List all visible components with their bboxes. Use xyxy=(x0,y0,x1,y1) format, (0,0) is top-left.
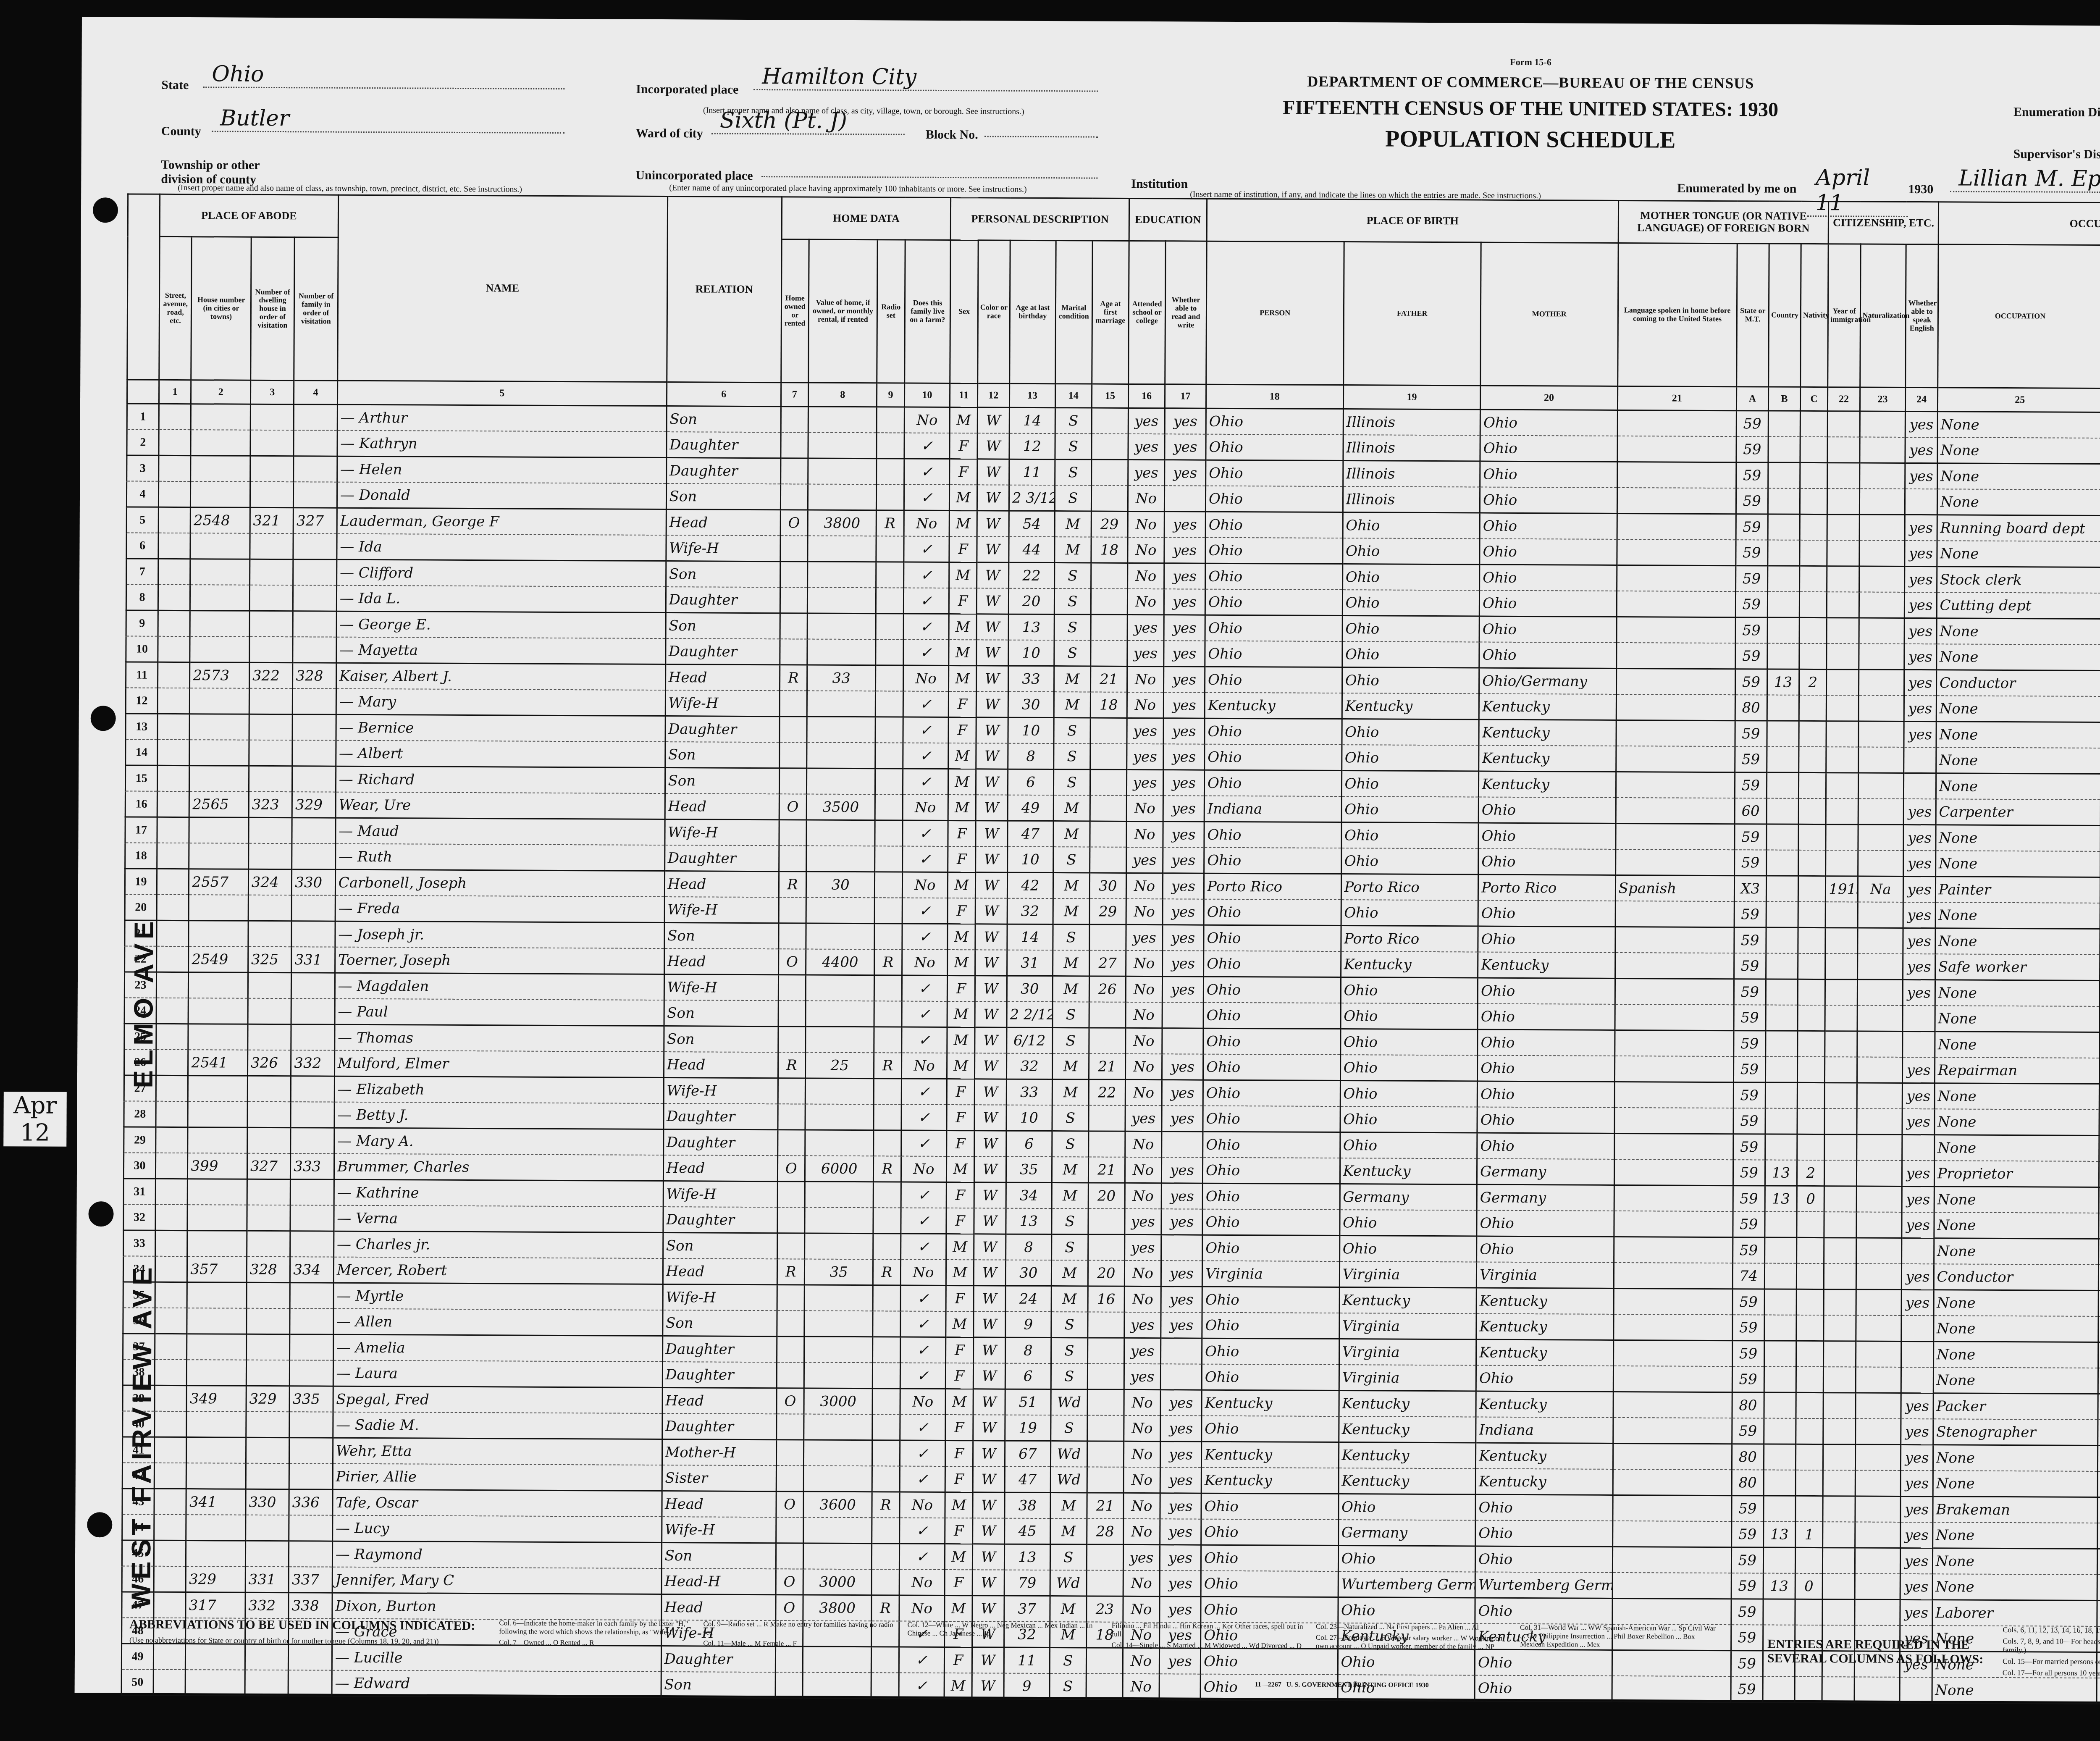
cell-industry xyxy=(2097,1523,2100,1549)
cell-birth-person: Ohio xyxy=(1202,1338,1339,1365)
column-label: Whether able to speak English xyxy=(1906,244,1938,387)
cell-naturalization xyxy=(1856,1212,1902,1238)
cell-relation: Son xyxy=(666,561,780,588)
cell-immigration xyxy=(1826,902,1858,928)
cell-radio xyxy=(874,1130,901,1156)
column-number: 6 xyxy=(667,382,781,407)
cell-name: — Raymond xyxy=(332,1541,661,1568)
cell-owned xyxy=(781,407,808,433)
cell-school: yes xyxy=(1125,1106,1162,1132)
cell-street xyxy=(155,1205,187,1231)
cell-industry xyxy=(2097,1445,2100,1472)
cell-radio xyxy=(873,1337,900,1363)
cell-read: yes xyxy=(1160,1442,1201,1468)
cell-street xyxy=(156,972,188,998)
cell-birth-father: Virginia xyxy=(1339,1313,1476,1339)
cell-radio xyxy=(877,484,904,510)
cell-dwelling xyxy=(247,1127,291,1153)
cell-line: 9 xyxy=(126,610,158,636)
cell-occupation: None xyxy=(1937,437,2100,464)
cell-race: W xyxy=(972,1544,1004,1570)
ward-value: Sixth (Pt. J) xyxy=(711,108,905,135)
cell-code-b xyxy=(1767,592,1799,618)
cell-language xyxy=(1614,1211,1733,1237)
cell-code-b: 13 xyxy=(1767,669,1799,695)
cell-naturalization xyxy=(1856,1134,1902,1161)
cell-code-c xyxy=(1796,1341,1824,1367)
cell-code-c xyxy=(1800,514,1827,540)
cell-family xyxy=(293,688,336,714)
cell-school: yes xyxy=(1127,614,1164,641)
cell-birth-mother: Ohio xyxy=(1479,642,1617,669)
cell-code-c xyxy=(1799,617,1827,643)
cell-family xyxy=(293,637,336,663)
cell-code-c xyxy=(1798,1031,1825,1057)
cell-birth-mother: Virginia xyxy=(1476,1262,1614,1289)
cell-value xyxy=(805,1182,874,1208)
cell-birth-father: Ohio xyxy=(1341,796,1479,823)
cell-house: 341 xyxy=(186,1489,246,1515)
cell-birth-father: Ohio xyxy=(1342,564,1480,591)
cell-school: yes xyxy=(1127,641,1164,667)
column-number: 12 xyxy=(977,383,1009,407)
cell-english: yes xyxy=(1900,1496,1932,1522)
cell-name: — Kathrine xyxy=(334,1179,663,1207)
cell-industry: Railway xyxy=(2097,1497,2100,1523)
cell-sex: F xyxy=(947,1079,975,1105)
cell-age-marriage xyxy=(1090,821,1126,847)
cell-immigration xyxy=(1824,1315,1856,1341)
cell-street xyxy=(155,1230,187,1256)
group-place-of-abode: PLACE OF ABODE xyxy=(160,194,338,237)
column-label: OCCUPATION xyxy=(1937,244,2100,389)
cell-naturalization xyxy=(1855,1548,1900,1574)
cell-house xyxy=(190,636,249,662)
cell-language xyxy=(1613,1469,1732,1496)
cell-marital: S xyxy=(1054,614,1091,641)
cell-owned: O xyxy=(776,1492,804,1518)
cell-english: yes xyxy=(1903,825,1935,851)
cell-language xyxy=(1614,1263,1732,1289)
cell-birth-person: Ohio xyxy=(1203,1003,1341,1029)
cell-age: 8 xyxy=(1006,1234,1052,1260)
cell-birth-mother: Ohio xyxy=(1476,1365,1613,1392)
cell-dwelling: 331 xyxy=(245,1567,289,1593)
cell-school: No xyxy=(1123,1570,1160,1597)
column-number: 15 xyxy=(1092,384,1128,408)
cell-dwelling xyxy=(249,843,292,869)
punch-hole-icon xyxy=(93,197,118,223)
cell-english: yes xyxy=(1904,618,1936,644)
supervisor-district-label: Supervisor's District No. xyxy=(2013,147,2100,162)
cell-value xyxy=(806,898,875,924)
cell-naturalization xyxy=(1858,798,1904,825)
cell-marital: S xyxy=(1055,433,1092,460)
cell-house xyxy=(187,1205,247,1231)
cell-school: No xyxy=(1125,1131,1162,1157)
cell-marital: M xyxy=(1050,1518,1087,1544)
cell-code-a: 59 xyxy=(1732,1289,1764,1315)
cell-owned xyxy=(779,820,807,846)
cell-dwelling xyxy=(249,611,293,637)
cell-owned xyxy=(780,587,808,613)
cell-school: yes xyxy=(1124,1338,1160,1364)
cell-code-c xyxy=(1795,1547,1823,1573)
cell-immigration xyxy=(1827,488,1859,515)
cell-radio xyxy=(877,433,904,459)
cell-street xyxy=(158,610,190,636)
cell-age: 35 xyxy=(1006,1157,1052,1183)
cell-code-a: 59 xyxy=(1733,1056,1765,1082)
cell-birth-person: Ohio xyxy=(1201,1493,1339,1520)
cell-radio xyxy=(873,1234,901,1260)
entries-rules: Cols. 6, 11, 12, 13, 14, 16, 18, 19, 20,… xyxy=(2003,1625,2100,1679)
cell-age-marriage: 29 xyxy=(1091,511,1128,537)
cell-dwelling xyxy=(247,1282,290,1308)
cell-house xyxy=(189,817,249,843)
cell-street xyxy=(159,404,191,430)
cell-language xyxy=(1614,1108,1733,1134)
cell-language xyxy=(1617,410,1736,436)
cell-language xyxy=(1614,1237,1732,1263)
cell-birth-father: Virginia xyxy=(1339,1339,1476,1365)
cell-occupation: None xyxy=(1936,773,2100,800)
cell-birth-father: Kentucky xyxy=(1339,1391,1476,1417)
cell-sex: F xyxy=(946,1337,974,1363)
cell-occupation: None xyxy=(1934,1238,2098,1265)
cell-value: 3500 xyxy=(806,794,875,820)
cell-code-a: 59 xyxy=(1732,1418,1764,1444)
column-number: 16 xyxy=(1128,384,1165,408)
cell-family: 331 xyxy=(291,947,335,973)
cell-house xyxy=(189,972,248,998)
cell-read: yes xyxy=(1160,1415,1202,1442)
cell-house xyxy=(187,1231,247,1257)
cell-race: W xyxy=(974,1311,1005,1337)
cell-street xyxy=(156,1024,188,1050)
cell-birth-mother: Ohio xyxy=(1480,436,1617,462)
cell-radio xyxy=(874,924,902,950)
cell-birth-father: Ohio xyxy=(1342,667,1479,694)
cell-birth-person: Ohio xyxy=(1205,641,1342,667)
cell-value xyxy=(807,639,876,665)
cell-code-c xyxy=(1795,1496,1823,1522)
abbreviations-block: ABBREVIATIONS TO BE USED IN COLUMNS INDI… xyxy=(129,1618,549,1646)
cell-sex: F xyxy=(949,536,977,562)
cell-birth-person: Ohio xyxy=(1202,1209,1340,1236)
cell-race: W xyxy=(976,743,1008,769)
column-label: State or M.T. xyxy=(1736,244,1769,387)
cell-immigration xyxy=(1823,1548,1855,1574)
cell-family xyxy=(290,1205,334,1231)
column-label: Street, avenue, road, etc. xyxy=(159,236,192,380)
cell-relation: Head xyxy=(664,948,778,975)
cell-relation: Daughter xyxy=(664,845,779,872)
cell-read: yes xyxy=(1161,1183,1202,1209)
cell-age-marriage xyxy=(1089,924,1126,951)
cell-age-marriage xyxy=(1091,460,1128,486)
cell-radio xyxy=(875,846,903,872)
cell-age-marriage: 16 xyxy=(1088,1286,1124,1312)
cell-english xyxy=(1904,773,1936,799)
cell-immigration xyxy=(1828,411,1860,437)
cell-english: yes xyxy=(1903,851,1935,877)
cell-marital: Wd xyxy=(1050,1467,1087,1493)
cell-house xyxy=(186,1541,246,1567)
cell-radio xyxy=(874,1104,901,1130)
cell-read: yes xyxy=(1160,1467,1201,1493)
cell-dwelling xyxy=(249,688,293,714)
cell-birth-mother: Ohio xyxy=(1478,797,1616,824)
cell-marital: Wd xyxy=(1051,1389,1087,1415)
cell-code-c xyxy=(1796,1418,1824,1444)
state-label: State xyxy=(161,78,189,92)
cell-age-marriage: 21 xyxy=(1090,666,1127,692)
cell-relation: Head xyxy=(665,664,780,691)
column-label: FATHER xyxy=(1343,242,1481,386)
cell-house xyxy=(189,921,248,947)
cell-owned xyxy=(777,1310,804,1337)
cell-school: yes xyxy=(1128,408,1165,434)
cell-age: 11 xyxy=(1009,459,1055,485)
cell-family xyxy=(290,1231,334,1257)
cell-dwelling xyxy=(247,1231,290,1257)
cell-house: 399 xyxy=(188,1153,247,1179)
cell-read: yes xyxy=(1163,692,1205,718)
cell-race: W xyxy=(976,691,1008,717)
cell-birth-father: Ohio xyxy=(1338,1546,1475,1572)
cell-age-marriage xyxy=(1090,795,1126,821)
cell-school: yes xyxy=(1124,1312,1161,1338)
cell-school: No xyxy=(1125,1054,1162,1080)
column-number: 17 xyxy=(1165,384,1206,408)
cell-birth-father: Illinois xyxy=(1343,461,1480,487)
cell-birth-mother: Kentucky xyxy=(1476,1288,1614,1314)
entry-rule: Cols. 6, 11, 12, 13, 14, 16, 18, 19, 20,… xyxy=(2003,1625,2100,1636)
cell-street xyxy=(155,1179,187,1205)
cell-house xyxy=(189,714,249,740)
cell-sex: F xyxy=(950,433,977,459)
cell-language xyxy=(1613,1366,1732,1392)
cell-code-c xyxy=(1797,1082,1825,1108)
cell-code-a: 59 xyxy=(1733,1108,1765,1134)
cell-name: Kaiser, Albert J. xyxy=(336,663,665,690)
cell-school: No xyxy=(1128,563,1164,589)
cell-language xyxy=(1616,823,1735,850)
cell-name: — Ida L. xyxy=(336,586,666,613)
cell-name: Carbonell, Joseph xyxy=(335,869,664,897)
cell-birth-mother: Ohio/Germany xyxy=(1479,668,1617,694)
cell-code-a: 80 xyxy=(1732,1444,1764,1470)
cell-english: yes xyxy=(1903,1083,1935,1109)
cell-house xyxy=(186,1437,246,1463)
cell-farm: No xyxy=(899,1492,945,1518)
cell-code-b xyxy=(1768,462,1800,488)
cell-radio xyxy=(875,769,903,795)
cell-dwelling: 330 xyxy=(246,1489,289,1515)
cell-age-marriage xyxy=(1087,1415,1124,1441)
cell-read: yes xyxy=(1162,977,1203,1003)
cell-birth-person: Ohio xyxy=(1205,744,1342,771)
cell-sex: M xyxy=(950,407,978,433)
column-number: 4 xyxy=(294,381,338,404)
cell-dwelling xyxy=(249,766,292,792)
cell-birth-person: Kentucky xyxy=(1202,1390,1339,1416)
cell-code-b: 13 xyxy=(1765,1160,1797,1186)
cell-relation: Head xyxy=(664,1052,778,1078)
cell-code-c xyxy=(1800,437,1828,463)
cell-occupation: None xyxy=(1932,1574,2097,1600)
cell-house xyxy=(187,1334,247,1360)
cell-relation: Daughter xyxy=(666,458,780,484)
cell-street xyxy=(154,1540,186,1566)
cell-birth-person: Ohio xyxy=(1204,925,1341,951)
cell-language xyxy=(1617,488,1736,514)
cell-language xyxy=(1614,1133,1733,1160)
cell-dwelling xyxy=(247,1076,291,1102)
cell-family xyxy=(294,430,337,456)
cell-code-a: 59 xyxy=(1734,953,1766,979)
cell-dwelling xyxy=(249,559,293,585)
cell-code-b xyxy=(1765,1212,1797,1238)
cell-street xyxy=(158,533,190,559)
cell-code-a: 59 xyxy=(1736,411,1768,437)
cell-read: yes xyxy=(1163,770,1204,796)
cell-birth-mother: Ohio xyxy=(1478,849,1616,875)
cell-school: yes xyxy=(1128,460,1165,486)
cell-value xyxy=(803,1518,872,1544)
cell-relation: Wife-H xyxy=(664,897,779,923)
unincorporated-value xyxy=(761,154,1097,179)
cell-birth-person: Ohio xyxy=(1202,1313,1339,1339)
cell-birth-person: Ohio xyxy=(1204,951,1341,977)
cell-english xyxy=(1902,1238,1934,1264)
cell-immigration xyxy=(1827,643,1858,670)
cell-relation: Head xyxy=(663,1258,777,1285)
cell-code-b xyxy=(1764,1289,1796,1315)
cell-immigration xyxy=(1827,463,1859,489)
cell-birth-father: Ohio xyxy=(1341,1003,1478,1029)
cell-farm: ✓ xyxy=(904,459,950,485)
form-footer: ABBREVIATIONS TO BE USED IN COLUMNS INDI… xyxy=(121,1613,2100,1695)
column-label: Color or race xyxy=(977,240,1010,383)
entries-required-title: ENTRIES ARE REQUIRED IN THE SEVERAL COLU… xyxy=(1767,1637,1986,1667)
cell-age-marriage: 20 xyxy=(1088,1183,1125,1209)
cell-birth-mother: Ohio xyxy=(1478,823,1616,849)
cell-age-marriage: 28 xyxy=(1087,1518,1123,1544)
cell-industry xyxy=(2098,1290,2100,1317)
cell-owned xyxy=(781,432,808,458)
cell-naturalization xyxy=(1858,825,1904,851)
column-label: PERSON xyxy=(1206,241,1344,385)
cell-naturalization xyxy=(1859,566,1905,592)
cell-owned xyxy=(778,1078,806,1104)
cell-owned xyxy=(777,1207,805,1233)
column-label: Naturalization xyxy=(1860,244,1906,387)
cell-age-marriage xyxy=(1087,1363,1124,1389)
cell-age: 6 xyxy=(1005,1363,1051,1389)
cell-english: yes xyxy=(1906,411,1937,437)
entry-rule: Col. 15—For married persons only. xyxy=(2003,1657,2100,1667)
cell-line: 10 xyxy=(126,636,158,662)
census-rows: 1— ArthurSonNoMW14SyesyesOhioIllinoisOhi… xyxy=(121,404,2100,1706)
cell-street xyxy=(159,481,191,507)
cell-birth-person: Ohio xyxy=(1205,512,1343,538)
cell-birth-mother: Ohio xyxy=(1477,1107,1614,1134)
cell-farm: No xyxy=(904,510,950,536)
cell-value xyxy=(808,458,877,484)
cell-relation: Wife-H xyxy=(664,1078,778,1104)
cell-naturalization xyxy=(1856,1289,1902,1316)
cell-industry xyxy=(2098,1368,2100,1394)
cell-radio: R xyxy=(876,510,904,536)
cell-code-c xyxy=(1798,979,1825,1005)
cell-family: 330 xyxy=(292,869,336,895)
cell-code-a: 74 xyxy=(1732,1263,1764,1289)
cell-occupation: None xyxy=(1935,1032,2099,1058)
cell-house xyxy=(187,1308,247,1334)
cell-code-b: 13 xyxy=(1764,1522,1795,1548)
cell-code-a: 59 xyxy=(1733,1031,1765,1057)
cell-code-b xyxy=(1767,643,1799,670)
cell-immigration xyxy=(1827,515,1859,541)
cell-marital: S xyxy=(1053,1028,1089,1054)
cell-line: 13 xyxy=(126,714,157,740)
column-label: Age at last birthday xyxy=(1010,240,1056,383)
cell-language xyxy=(1616,772,1735,798)
cell-age-marriage xyxy=(1089,847,1126,873)
cell-occupation: None xyxy=(1936,825,2100,851)
cell-birth-mother: Germany xyxy=(1477,1159,1614,1185)
cell-dwelling: 323 xyxy=(249,792,292,818)
cell-code-a: 59 xyxy=(1733,1186,1765,1212)
cell-dwelling xyxy=(246,1463,289,1489)
cell-farm: ✓ xyxy=(901,1105,947,1131)
cell-code-b xyxy=(1766,1031,1798,1057)
cell-race: W xyxy=(974,1260,1005,1286)
cell-house: 2573 xyxy=(190,662,249,688)
cell-birth-father: Ohio xyxy=(1340,1081,1478,1107)
cell-school: yes xyxy=(1125,1209,1161,1235)
cell-farm: ✓ xyxy=(903,691,949,717)
cell-line: 11 xyxy=(126,662,158,688)
cell-code-a: 59 xyxy=(1735,617,1767,643)
cell-code-b xyxy=(1764,1315,1796,1341)
cell-sex: M xyxy=(949,614,976,640)
cell-naturalization xyxy=(1857,1057,1903,1083)
cell-naturalization xyxy=(1855,1444,1901,1471)
cell-sex: F xyxy=(946,1208,974,1234)
cell-radio xyxy=(876,614,903,640)
cell-sex: M xyxy=(949,562,977,588)
cell-race: W xyxy=(976,717,1008,743)
cell-birth-mother: Ohio xyxy=(1477,1133,1614,1159)
cell-sex: F xyxy=(949,588,977,614)
cell-street xyxy=(155,1256,187,1282)
cell-english xyxy=(1905,489,1937,515)
cell-birth-person: Porto Rico xyxy=(1204,873,1341,900)
cell-farm: ✓ xyxy=(903,743,948,769)
cell-radio xyxy=(875,820,903,846)
cell-radio xyxy=(876,536,904,562)
column-number: 25 xyxy=(1937,388,2100,412)
cell-english: yes xyxy=(1903,876,1935,902)
cell-naturalization xyxy=(1856,1393,1901,1419)
cell-relation: Daughter xyxy=(663,1129,777,1156)
cell-marital: S xyxy=(1053,847,1089,873)
group-personal-description: PERSONAL DESCRIPTION xyxy=(951,198,1129,241)
cell-birth-mother: Kentucky xyxy=(1476,1339,1614,1366)
